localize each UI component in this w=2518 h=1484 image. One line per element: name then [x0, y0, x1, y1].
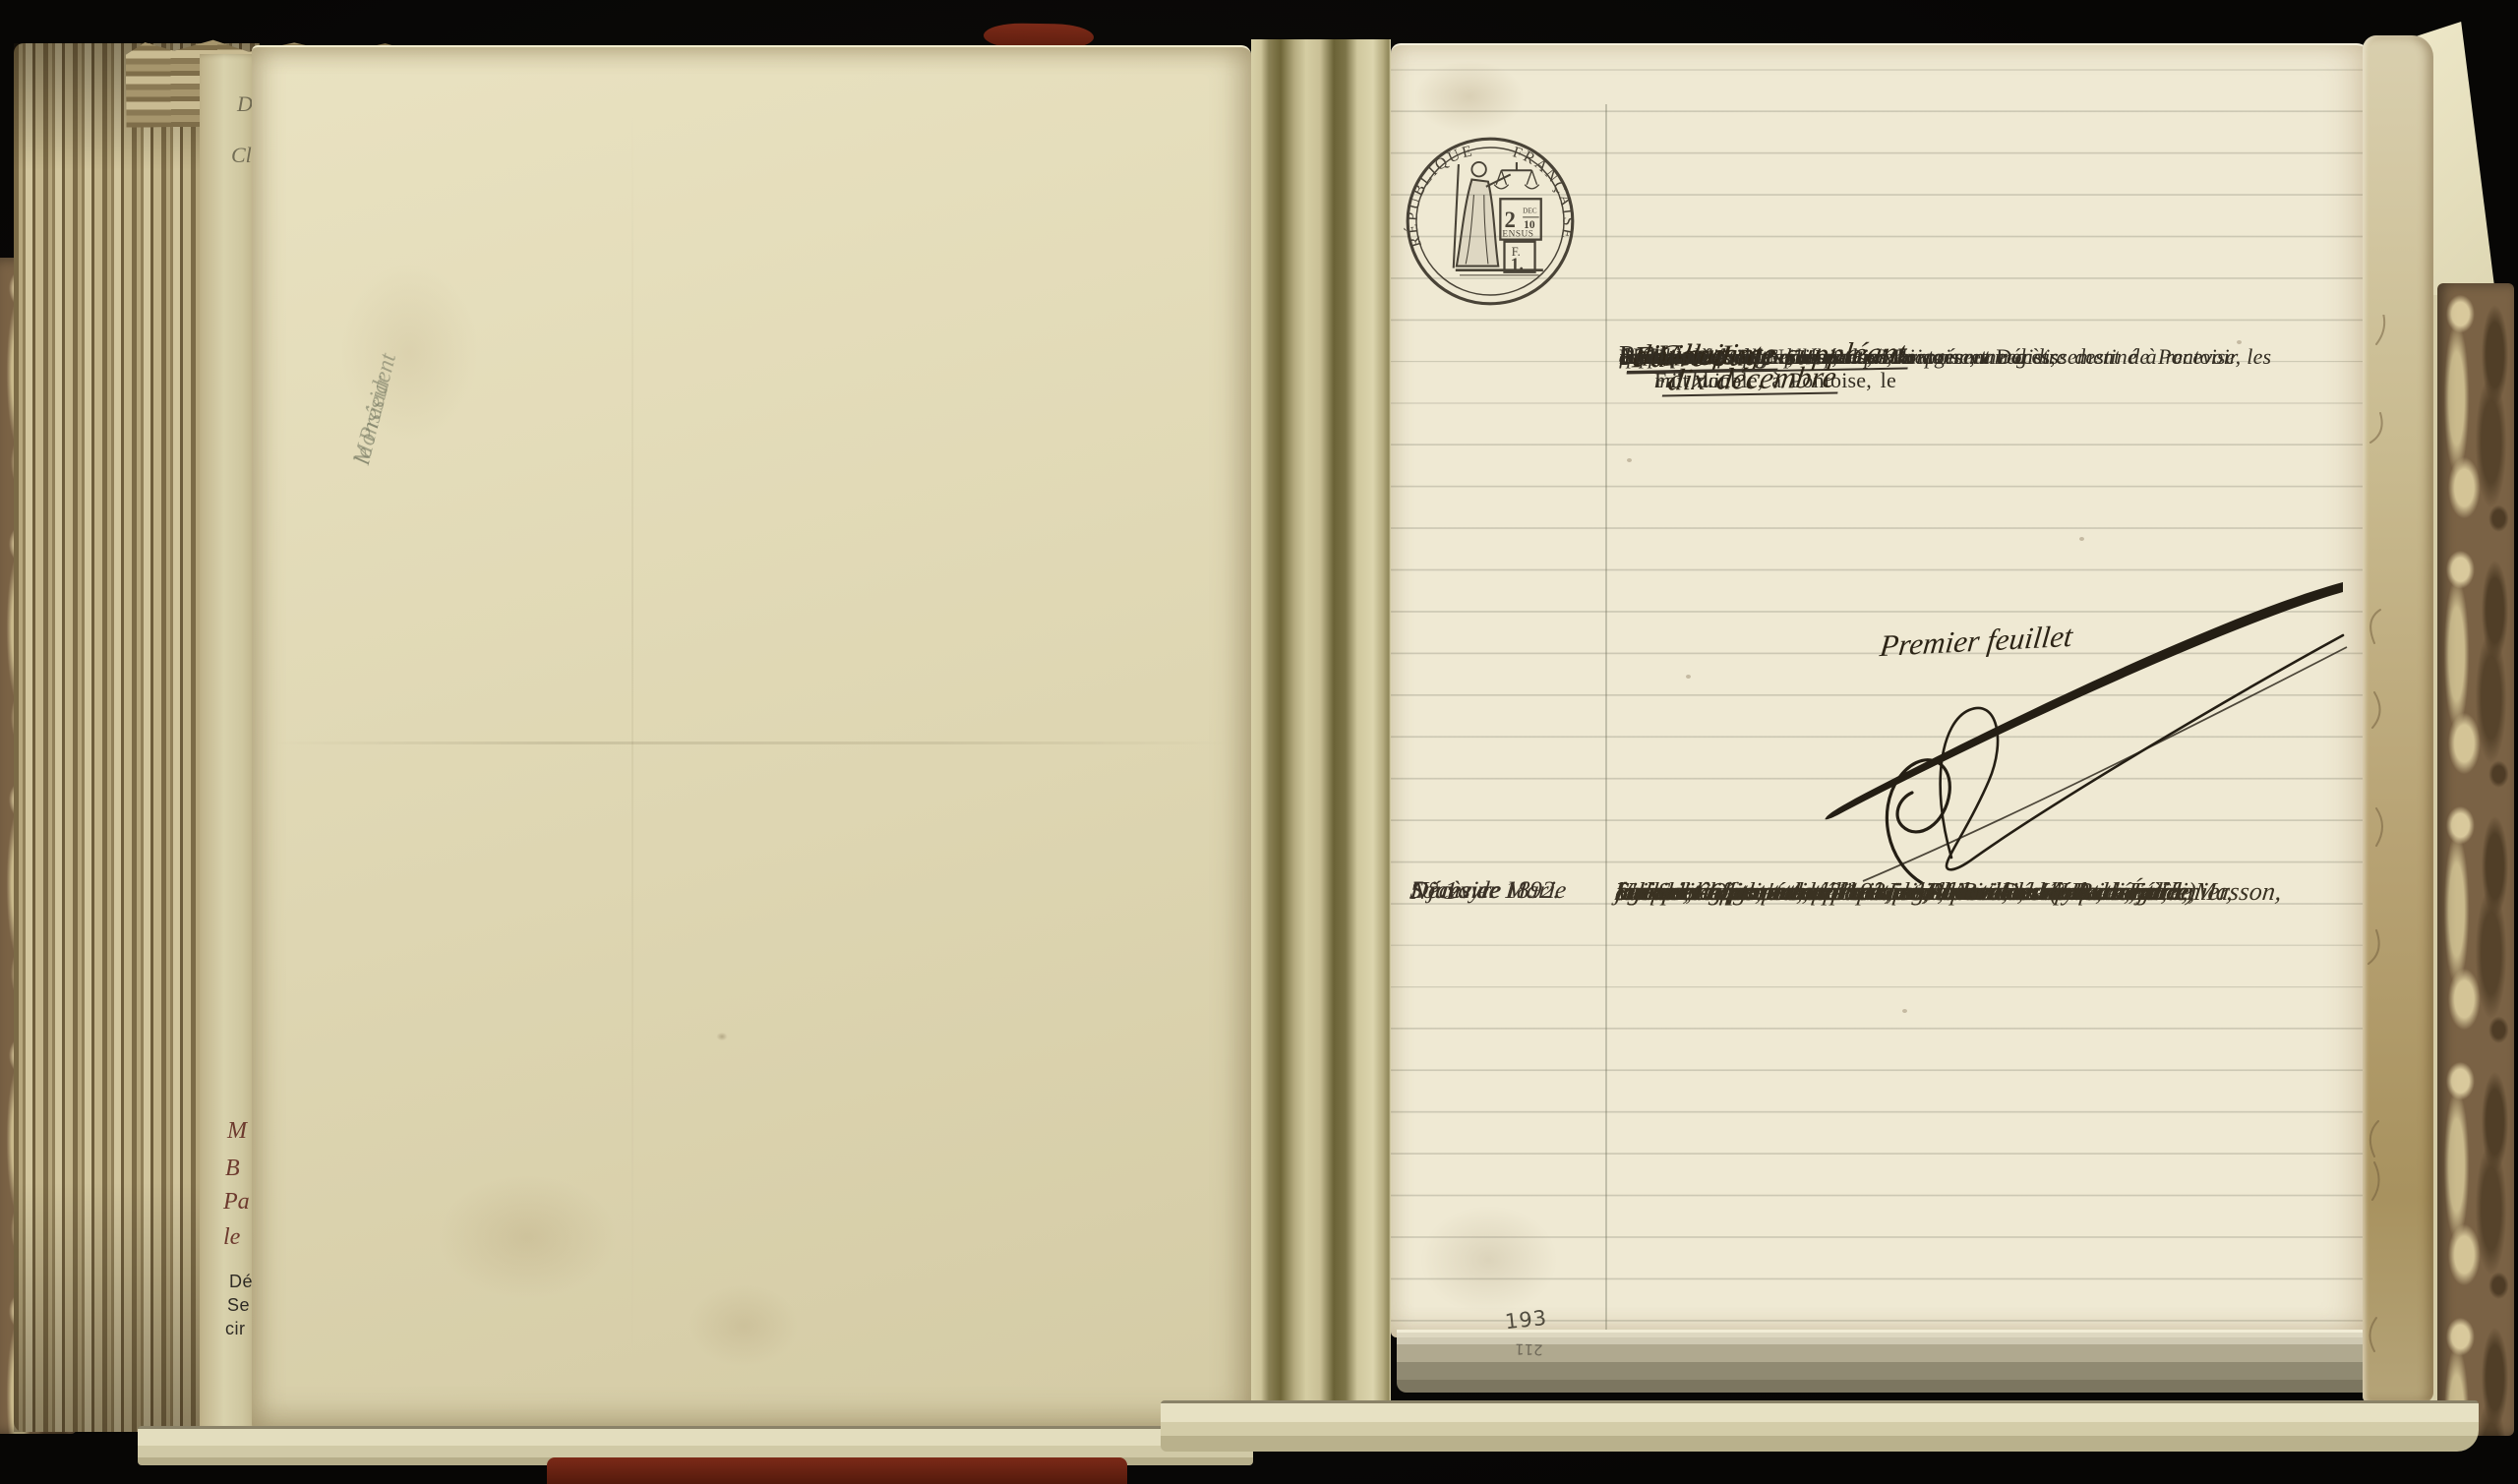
bottom-cover-edge-right — [1161, 1400, 2479, 1452]
book-gutter — [1251, 39, 1391, 1434]
photograph-of-open-civil-register: D Cl M B Pa le Dé Se cir Monsieur le Pré… — [0, 0, 2518, 1484]
paper-speck — [1686, 675, 1691, 679]
page-fold-crease — [271, 742, 1231, 744]
stamp-amount: 1. — [1511, 255, 1524, 274]
stamp-value-sup: DEC — [1523, 208, 1537, 215]
act-text-line: rue Saint-Jacques, n° 193, née à Brioude… — [1613, 871, 2198, 913]
left-blank-page: Monsieur le Président — [252, 45, 1251, 1430]
edge-fragment-text: Se — [227, 1295, 250, 1316]
heading-year-end: cent quatre-vingt-onze. — [1619, 340, 1828, 373]
margin-divider-line — [1605, 104, 1607, 1334]
pencil-annotation-211: 211 — [1515, 1340, 1543, 1359]
stamp-value: 2 — [1504, 208, 1515, 232]
stamp-surcharge: ENSUS — [1502, 230, 1533, 240]
edge-fragment-text: M — [227, 1118, 247, 1145]
book-spine-bottom — [547, 1457, 1127, 1484]
edge-fragment-text: le — [223, 1224, 240, 1251]
judge-signature-flourish — [1804, 557, 2355, 920]
paper-stain — [665, 1267, 822, 1385]
paper-stain — [714, 1031, 730, 1042]
paper-stain — [311, 224, 508, 480]
edge-fragment-text: cir — [225, 1319, 246, 1339]
paper-speck — [1902, 1009, 1907, 1013]
paper-stain — [399, 1149, 655, 1326]
right-page-stack-bottom-edge: 211 — [1397, 1330, 2412, 1393]
right-marbled-cover-edge — [2437, 283, 2514, 1436]
edge-fragment-text: Dé — [229, 1272, 253, 1292]
edge-fragment-text: Pa — [223, 1189, 250, 1216]
paper-speck — [1627, 458, 1632, 462]
edge-fragment-text: Cl — [231, 143, 252, 168]
ink-bleed-marks — [2347, 315, 2402, 1396]
republique-francaise-revenue-stamp: RÉPUBLIQUE FRANÇAISE — [1403, 134, 1578, 309]
edge-fragment-text: B — [225, 1156, 240, 1182]
paper-speck — [2237, 340, 2242, 344]
paper-speck — [2079, 537, 2084, 541]
page-fold-crease — [631, 106, 633, 1365]
edge-fragment-text: D — [237, 91, 253, 117]
register-first-leaf-page: RÉPUBLIQUE FRANÇAISE — [1391, 43, 2370, 1337]
act-margin-line: 5 janvier 1892. — [1409, 869, 1563, 913]
